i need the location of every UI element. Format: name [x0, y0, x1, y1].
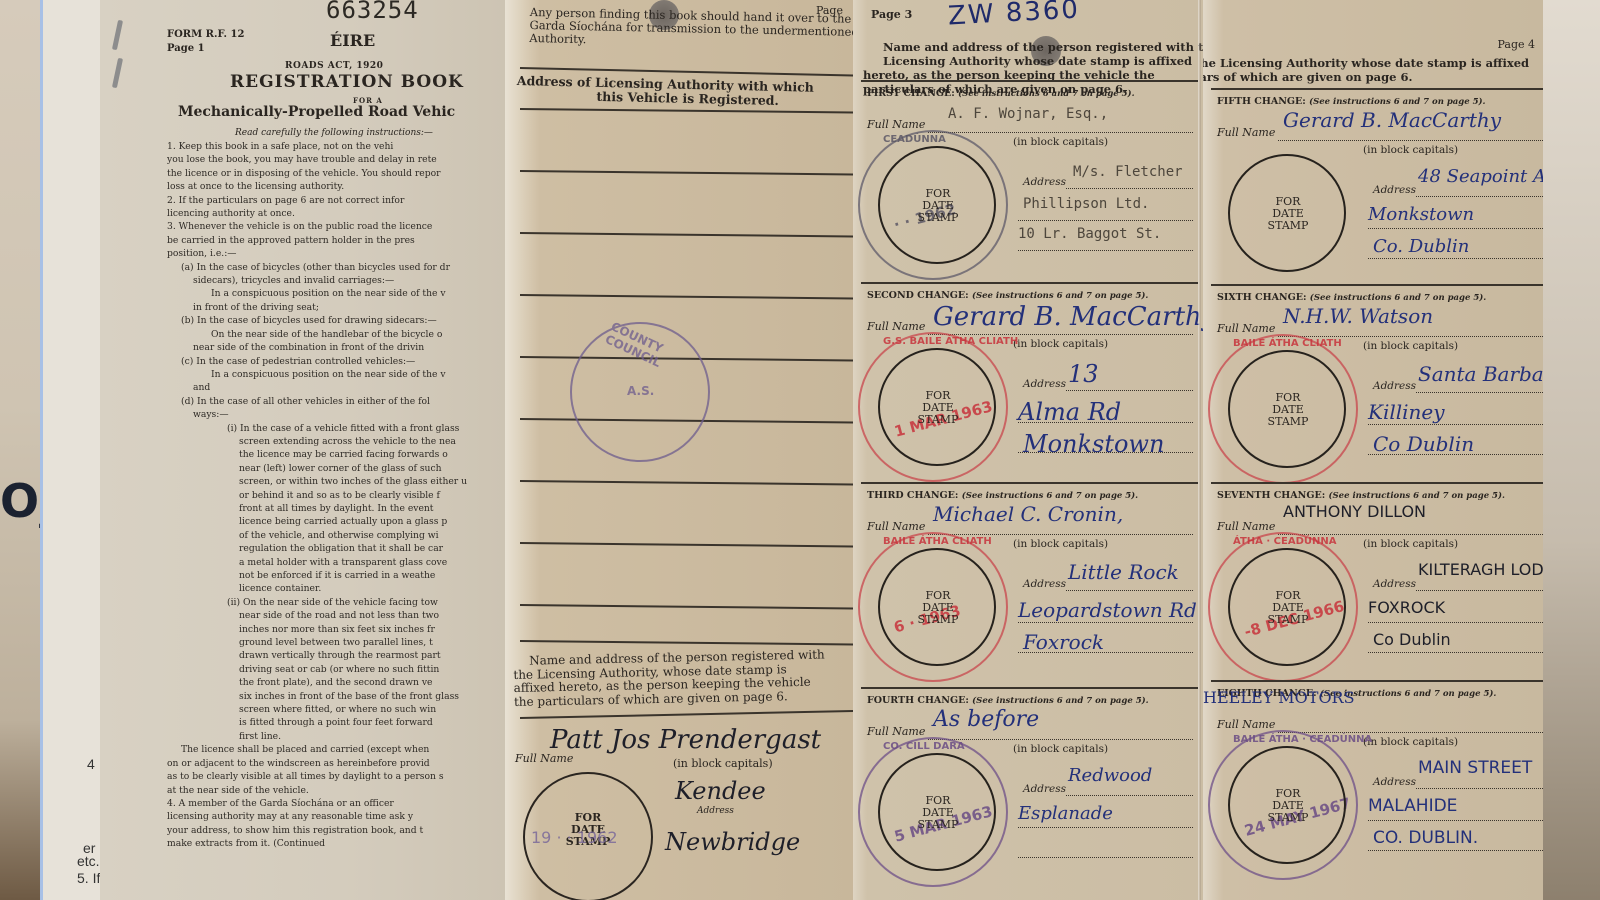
- instruction-line: make extracts from it. (Continued: [167, 837, 505, 850]
- change-title: THIRD CHANGE: (See instructions 6 and 7 …: [867, 490, 1138, 501]
- address-line-rule: [1018, 622, 1193, 623]
- strip-fragment: etc.: [77, 853, 100, 869]
- page-label: Page 4: [1497, 38, 1535, 51]
- change-title-text: FOURTH CHANGE:: [867, 695, 969, 706]
- instruction-line: (ii) On the near side of the vehicle fac…: [167, 596, 505, 609]
- date-stamp-label: FOR DATE STAMP: [908, 188, 968, 224]
- address-line-rule: [1368, 820, 1543, 821]
- county-council-stamp: COUNTY COUNCIL A.S.: [570, 322, 710, 462]
- rule-line: [520, 710, 853, 719]
- full-name-value: Gerard B. MacCarthy: [1283, 108, 1501, 132]
- address-value: Esplanade: [1018, 803, 1113, 824]
- instruction-line: (i) In the case of a vehicle fitted with…: [167, 422, 505, 435]
- address-line-rule: [1368, 424, 1543, 425]
- change-entry: SECOND CHANGE: (See instructions 6 and 7…: [853, 290, 1198, 490]
- address-value: Little Rock: [1068, 560, 1179, 584]
- stamp-word: STAMP: [1258, 220, 1318, 232]
- stamp-word: STAMP: [1258, 614, 1318, 626]
- office-stamp-text: BAILE ÁTHA CLIATH: [1233, 338, 1342, 349]
- date-stamp-label: FOR DATE STAMP: [908, 390, 968, 426]
- address-label: Address: [697, 806, 734, 816]
- address-line-rule: [1368, 850, 1543, 851]
- address-value: CO. DUBLIN.: [1373, 828, 1478, 848]
- rule-line: [520, 108, 853, 113]
- change-entry: SEVENTH CHANGE: (See instructions 6 and …: [1203, 490, 1543, 690]
- address-label: Address: [1373, 578, 1416, 590]
- section-rule: [1211, 680, 1543, 682]
- full-name-label: Full Name: [1217, 322, 1275, 335]
- stamp-word: STAMP: [908, 414, 968, 426]
- full-name-value: N.H.W. Watson: [1283, 304, 1433, 328]
- registration-number: ZW 8360: [947, 0, 1080, 31]
- address-value: 13: [1068, 360, 1099, 388]
- stamp-word: STAMP: [908, 212, 968, 224]
- date-stamp-label: FOR DATE STAMP: [908, 590, 968, 626]
- full-name-value: A. F. Wojnar, Esq.,: [948, 106, 1108, 122]
- change-title-text: THIRD CHANGE:: [867, 490, 958, 501]
- form-code: FORM R.F. 12: [167, 28, 244, 42]
- instruction-line: you lose the book, you may have trouble …: [167, 153, 505, 166]
- instruction-line: loss at once to the licensing authority.: [167, 180, 505, 193]
- change-title: SEVENTH CHANGE: (See instructions 6 and …: [1217, 490, 1505, 501]
- instruction-line: licence container.: [167, 582, 505, 595]
- full-name-label: Full Name: [1217, 718, 1275, 731]
- header-line: Name and address of the person registere…: [863, 40, 1203, 68]
- instruction-line: 3. Whenever the vehicle is on the public…: [167, 220, 505, 233]
- date-stamp-label: FOR DATE STAMP: [1258, 788, 1318, 824]
- address-value: Co Dublin: [1373, 432, 1474, 456]
- full-name-label: Full Name: [867, 118, 925, 131]
- change-title-text: SIXTH CHANGE:: [1217, 292, 1306, 303]
- change-title-text: SEVENTH CHANGE:: [1217, 490, 1325, 501]
- change-title-text: FIFTH CHANGE:: [1217, 96, 1306, 107]
- change-entry: EIGHTH CHANGE: (See instructions 6 and 7…: [1203, 688, 1543, 888]
- change-entry: SIXTH CHANGE: (See instructions 6 and 7 …: [1203, 292, 1543, 492]
- section-rule: [1211, 88, 1543, 90]
- address-line-rule: [1066, 590, 1193, 591]
- full-name-value: Gerard B. MacCarthy: [933, 302, 1203, 332]
- form-number: FORM R.F. 12 Page 1: [167, 28, 244, 56]
- page-3-changes: Page 3 ZW 8360 Name and address of the p…: [853, 0, 1203, 900]
- background-right: [1540, 0, 1600, 900]
- instruction-line: 2. If the particulars on page 6 are not …: [167, 194, 505, 207]
- address-line-rule: [1066, 795, 1193, 796]
- full-name-line: [1278, 336, 1543, 337]
- office-stamp-text: BAILE ÁTHA · CEADÚNNA: [1233, 734, 1372, 745]
- rule-line: [520, 232, 853, 237]
- address-value: Co Dublin: [1373, 630, 1451, 649]
- address-label: Address: [1023, 176, 1066, 188]
- address-value: 48 Seapoint Ave: [1418, 166, 1543, 187]
- instruction-line: not be enforced if it is carried in a we…: [167, 569, 505, 582]
- page-4-changes: Page 4 the Licensing Authority whose dat…: [1203, 0, 1543, 900]
- instruction-line: The licence shall be placed and carried …: [167, 743, 505, 756]
- instruction-line: a metal holder with a transparent glass …: [167, 556, 505, 569]
- instruction-line: ground level between two parallel lines,…: [167, 636, 505, 649]
- instructions-reference: (See instructions 6 and 7 on page 5).: [1329, 491, 1505, 501]
- address-line-rule: [1368, 258, 1543, 259]
- full-name-line: [1278, 732, 1543, 733]
- address-label: Address: [1023, 378, 1066, 390]
- rule-line: [520, 604, 853, 609]
- read-instruction: Read carefully the following instruction…: [235, 128, 433, 138]
- address-line: Kendee: [675, 777, 766, 805]
- rule-line: [520, 170, 853, 175]
- address-line-rule: [1066, 188, 1193, 189]
- instruction-line: at the near side of the vehicle.: [167, 784, 505, 797]
- address-label: Address: [1023, 783, 1066, 795]
- stamp-text: A.S.: [627, 384, 654, 398]
- full-name-label: Full Name: [867, 725, 925, 738]
- address-line-rule: [1018, 827, 1193, 828]
- block-capitals-label: (in block capitals): [1013, 338, 1108, 350]
- change-entry: THIRD CHANGE: (See instructions 6 and 7 …: [853, 490, 1198, 690]
- instruction-line: ways:—: [167, 408, 505, 421]
- section-rule: [861, 282, 1198, 284]
- rule-line: [520, 294, 853, 299]
- address-line: Newbridge: [665, 828, 800, 856]
- full-name-line: [1278, 534, 1543, 535]
- strip-fragment: 4: [87, 756, 95, 772]
- address-line-rule: [1368, 622, 1543, 623]
- instruction-line: be carried in the approved pattern holde…: [167, 234, 505, 247]
- full-name-label: Full Name: [867, 320, 925, 333]
- country-heading: ÉIRE: [330, 31, 375, 50]
- full-name-value: Michael C. Cronin,: [933, 502, 1123, 526]
- finder-notice: Any person finding this book should hand…: [529, 6, 853, 52]
- address-value: Redwood: [1068, 765, 1152, 786]
- full-name-label: Full Name: [1217, 126, 1275, 139]
- instruction-line: near side of the road and not less than …: [167, 609, 505, 622]
- instructions-reference: (See instructions 6 and 7 on page 5).: [958, 89, 1134, 99]
- block-capitals-label: (in block capitals): [1363, 736, 1458, 748]
- change-entry: FIRST CHANGE: (See instructions 6 and 7 …: [853, 88, 1198, 288]
- block-capitals-label: (in block capitals): [673, 757, 773, 770]
- instruction-line: your address, to show him this registrat…: [167, 824, 505, 837]
- change-title: FIRST CHANGE: (See instructions 6 and 7 …: [867, 88, 1135, 99]
- address-line-rule: [1018, 250, 1193, 251]
- staple: [112, 58, 123, 88]
- instruction-line: In a conspicuous position on the near si…: [167, 368, 505, 381]
- page-1-instructions: 663254 FORM R.F. 12 Page 1 ÉIRE ROADS AC…: [100, 0, 505, 900]
- address-label: Address: [1373, 776, 1416, 788]
- address-line-rule: [1066, 390, 1193, 391]
- instruction-line: 1. Keep this book in a safe place, not o…: [167, 140, 505, 153]
- document-subtitle: Mechanically-Propelled Road Vehic: [178, 104, 455, 120]
- instruction-line: inches nor more than six feet six inches…: [167, 623, 505, 636]
- address-line-rule: [1368, 228, 1543, 229]
- office-stamp-text: BAILE ÁTHA CLIATH: [883, 536, 992, 547]
- address-line-rule: [1416, 392, 1543, 393]
- instruction-line: (c) In the case of pedestrian controlled…: [167, 355, 505, 368]
- section-rule: [861, 687, 1198, 689]
- rule-line: [520, 640, 853, 645]
- address-value: Phillipson Ltd.: [1023, 196, 1149, 212]
- address-line-rule: [1018, 220, 1193, 221]
- header-line: lars of which are given on page 6.: [1203, 70, 1535, 84]
- block-capitals-label: (in block capitals): [1013, 743, 1108, 755]
- rule-line: [520, 542, 853, 547]
- section-rule: [1211, 482, 1543, 484]
- change-title: SECOND CHANGE: (See instructions 6 and 7…: [867, 290, 1148, 301]
- instruction-line: screen extending across the vehicle to t…: [167, 435, 505, 448]
- instruction-line: 4. A member of the Garda Síochána or an …: [167, 797, 505, 810]
- serial-number: 663254: [326, 0, 419, 24]
- address-label: Address: [1373, 184, 1416, 196]
- address-value: Alma Rd: [1018, 398, 1121, 426]
- change-entry: FIFTH CHANGE: (See instructions 6 and 7 …: [1203, 96, 1543, 296]
- date-stamp-label: FOR DATE STAMP: [1258, 590, 1318, 626]
- full-name-label: Full Name: [867, 520, 925, 533]
- full-name-line: [928, 132, 1193, 133]
- instruction-line: driving seat or cab (or where no such fi…: [167, 663, 505, 676]
- instruction-line: regulation the obligation that it shall …: [167, 542, 505, 555]
- full-name-value: Patt Jos Prendergast: [550, 725, 821, 755]
- full-name-line: [928, 739, 1193, 740]
- instructions-reference: (See instructions 6 and 7 on page 5).: [962, 491, 1138, 501]
- document-title: REGISTRATION BOOK: [230, 72, 464, 92]
- office-stamp-text: CO. CILL DARA: [883, 741, 965, 752]
- instructions-reference: (See instructions 6 and 7 on page 5).: [1310, 293, 1486, 303]
- address-line-rule: [1416, 788, 1543, 789]
- change-title-text: FIRST CHANGE:: [867, 88, 955, 99]
- instruction-line: and: [167, 381, 505, 394]
- address-line-rule: [1018, 857, 1193, 858]
- full-name-line: [928, 334, 1193, 335]
- stamp-text: COUNTY COUNCIL: [603, 319, 709, 388]
- instruction-line: (b) In the case of bicycles used for dra…: [167, 314, 505, 327]
- address-value: Co. Dublin: [1373, 236, 1469, 257]
- address-value: M/s. Fletcher: [1073, 164, 1183, 180]
- address-heading: Address of Licensing Authority with whic…: [516, 74, 853, 110]
- section-rule: [861, 482, 1198, 484]
- page-label: Page 3: [871, 8, 912, 21]
- change-title: FOURTH CHANGE: (See instructions 6 and 7…: [867, 695, 1149, 706]
- instruction-line: in front of the driving seat;: [167, 301, 505, 314]
- instruction-line: of the vehicle, and otherwise complying …: [167, 529, 505, 542]
- section-rule: [861, 80, 1198, 82]
- instruction-line: or behind it and so as to be clearly vis…: [167, 489, 505, 502]
- address-value: MAIN STREET: [1418, 758, 1532, 778]
- full-name-label: Full Name: [1217, 520, 1275, 533]
- full-name-value: ANTHONY DILLON: [1283, 502, 1426, 521]
- instruction-line: screen where fitted, or where no such wi…: [167, 703, 505, 716]
- block-capitals-label: (in block capitals): [1363, 340, 1458, 352]
- instructions-reference: (See instructions 6 and 7 on page 5).: [972, 291, 1148, 301]
- address-value: Foxrock: [1023, 630, 1104, 654]
- address-value: KILTERAGH LODGE: [1418, 560, 1543, 579]
- instruction-line: In a conspicuous position on the near si…: [167, 287, 505, 300]
- address-label: Address: [1023, 578, 1066, 590]
- act-heading: ROADS ACT, 1920: [285, 61, 383, 71]
- instruction-line: the front plate), and the second drawn v…: [167, 676, 505, 689]
- full-name-value: As before: [933, 707, 1039, 732]
- page-fold: [1198, 0, 1201, 900]
- change-title: FIFTH CHANGE: (See instructions 6 and 7 …: [1217, 96, 1486, 107]
- page-label: Page 1: [167, 42, 244, 56]
- staple: [112, 20, 123, 50]
- address-value: Killiney: [1368, 400, 1445, 424]
- instruction-line: six inches in front of the base of the f…: [167, 690, 505, 703]
- instruction-line: near (left) lower corner of the glass of…: [167, 462, 505, 475]
- stamp-word: STAMP: [1258, 812, 1318, 824]
- full-name-line: [1278, 140, 1543, 141]
- instruction-line: On the near side of the handlebar of the…: [167, 328, 505, 341]
- address-value: Santa Barbara: [1418, 362, 1543, 386]
- instruction-line: the licence may be carried facing forwar…: [167, 448, 505, 461]
- instructions-body: 1. Keep this book in a safe place, not o…: [167, 140, 505, 851]
- date-stamp-label: FOR DATE STAMP: [1258, 392, 1318, 428]
- instruction-line: sidecars), tricycles and invalid carriag…: [167, 274, 505, 287]
- address-value: Leopardstown Rd: [1018, 598, 1197, 622]
- page-header: the Licensing Authority whose date stamp…: [1203, 56, 1535, 84]
- address-value: MALAHIDE: [1368, 796, 1457, 816]
- stamp-date: 19 · · 1962: [531, 828, 618, 847]
- change-entry: FOURTH CHANGE: (See instructions 6 and 7…: [853, 695, 1198, 895]
- instruction-line: licence being carried actually upon a gl…: [167, 515, 505, 528]
- header-line: the Licensing Authority whose date stamp…: [1203, 56, 1535, 70]
- block-capitals-label: (in block capitals): [1363, 538, 1458, 550]
- instruction-line: is fitted through a point four feet forw…: [167, 716, 505, 729]
- instruction-line: near side of the combination in front of…: [167, 341, 505, 354]
- registered-person-text: Name and address of the person registere…: [513, 648, 853, 709]
- instruction-line: screen, or within two inches of the glas…: [167, 475, 505, 488]
- office-stamp-text: CEADÚNNA: [883, 134, 946, 145]
- instructions-reference: (See instructions 6 and 7 on page 5).: [1309, 97, 1485, 107]
- instructions-reference: (See instructions 6 and 7 on page 5).: [972, 696, 1148, 706]
- instruction-line: licensing authority may at any reasonabl…: [167, 810, 505, 823]
- address-line-rule: [1416, 196, 1543, 197]
- page-2-licensing-authority: Page Any person finding this book should…: [505, 0, 853, 900]
- address-line-rule: [1368, 652, 1543, 653]
- address-value: 10 Lr. Baggot St.: [1018, 226, 1161, 242]
- instruction-line: as to be clearly visible at all times by…: [167, 770, 505, 783]
- rule-line: [520, 480, 853, 485]
- stamp-word: STAMP: [908, 614, 968, 626]
- address-value: Monkstown: [1368, 204, 1474, 225]
- strip-fragment: 5. If: [77, 870, 100, 886]
- instruction-line: the licence or in disposing of the vehic…: [167, 167, 505, 180]
- office-stamp-text: G.S. BAILE ÁTHA CLIATH: [883, 336, 1018, 347]
- full-name-line: [928, 534, 1193, 535]
- instruction-line: position, i.e.:—: [167, 247, 505, 260]
- stamp-word: STAMP: [908, 819, 968, 831]
- office-stamp-text: ÁTHA · CEADÚNNA: [1233, 536, 1336, 547]
- full-name-value: HEELEY MOTORS: [1203, 688, 1355, 707]
- address-value: Monkstown: [1023, 430, 1164, 458]
- section-rule: [1211, 284, 1543, 286]
- change-title-text: SECOND CHANGE:: [867, 290, 969, 301]
- instruction-line: (a) In the case of bicycles (other than …: [167, 261, 505, 274]
- date-stamp-label: FOR DATE STAMP: [1258, 196, 1318, 232]
- instruction-line: on or adjacent to the windscreen as here…: [167, 757, 505, 770]
- instruction-line: drawn vertically through the rearmost pa…: [167, 649, 505, 662]
- change-title: SIXTH CHANGE: (See instructions 6 and 7 …: [1217, 292, 1486, 303]
- instruction-line: (d) In the case of all other vehicles in…: [167, 395, 505, 408]
- instruction-line: first line.: [167, 730, 505, 743]
- stamp-word: STAMP: [1258, 416, 1318, 428]
- block-capitals-label: (in block capitals): [1013, 538, 1108, 550]
- address-value: FOXROCK: [1368, 598, 1445, 617]
- instruction-line: licencing authority at once.: [167, 207, 505, 220]
- address-line-rule: [1416, 590, 1543, 591]
- address-label: Address: [1373, 380, 1416, 392]
- instruction-line: front at all times by daylight. In the e…: [167, 502, 505, 515]
- block-capitals-label: (in block capitals): [1013, 136, 1108, 148]
- block-capitals-label: (in block capitals): [1363, 144, 1458, 156]
- date-stamp-label: FOR DATE STAMP: [908, 795, 968, 831]
